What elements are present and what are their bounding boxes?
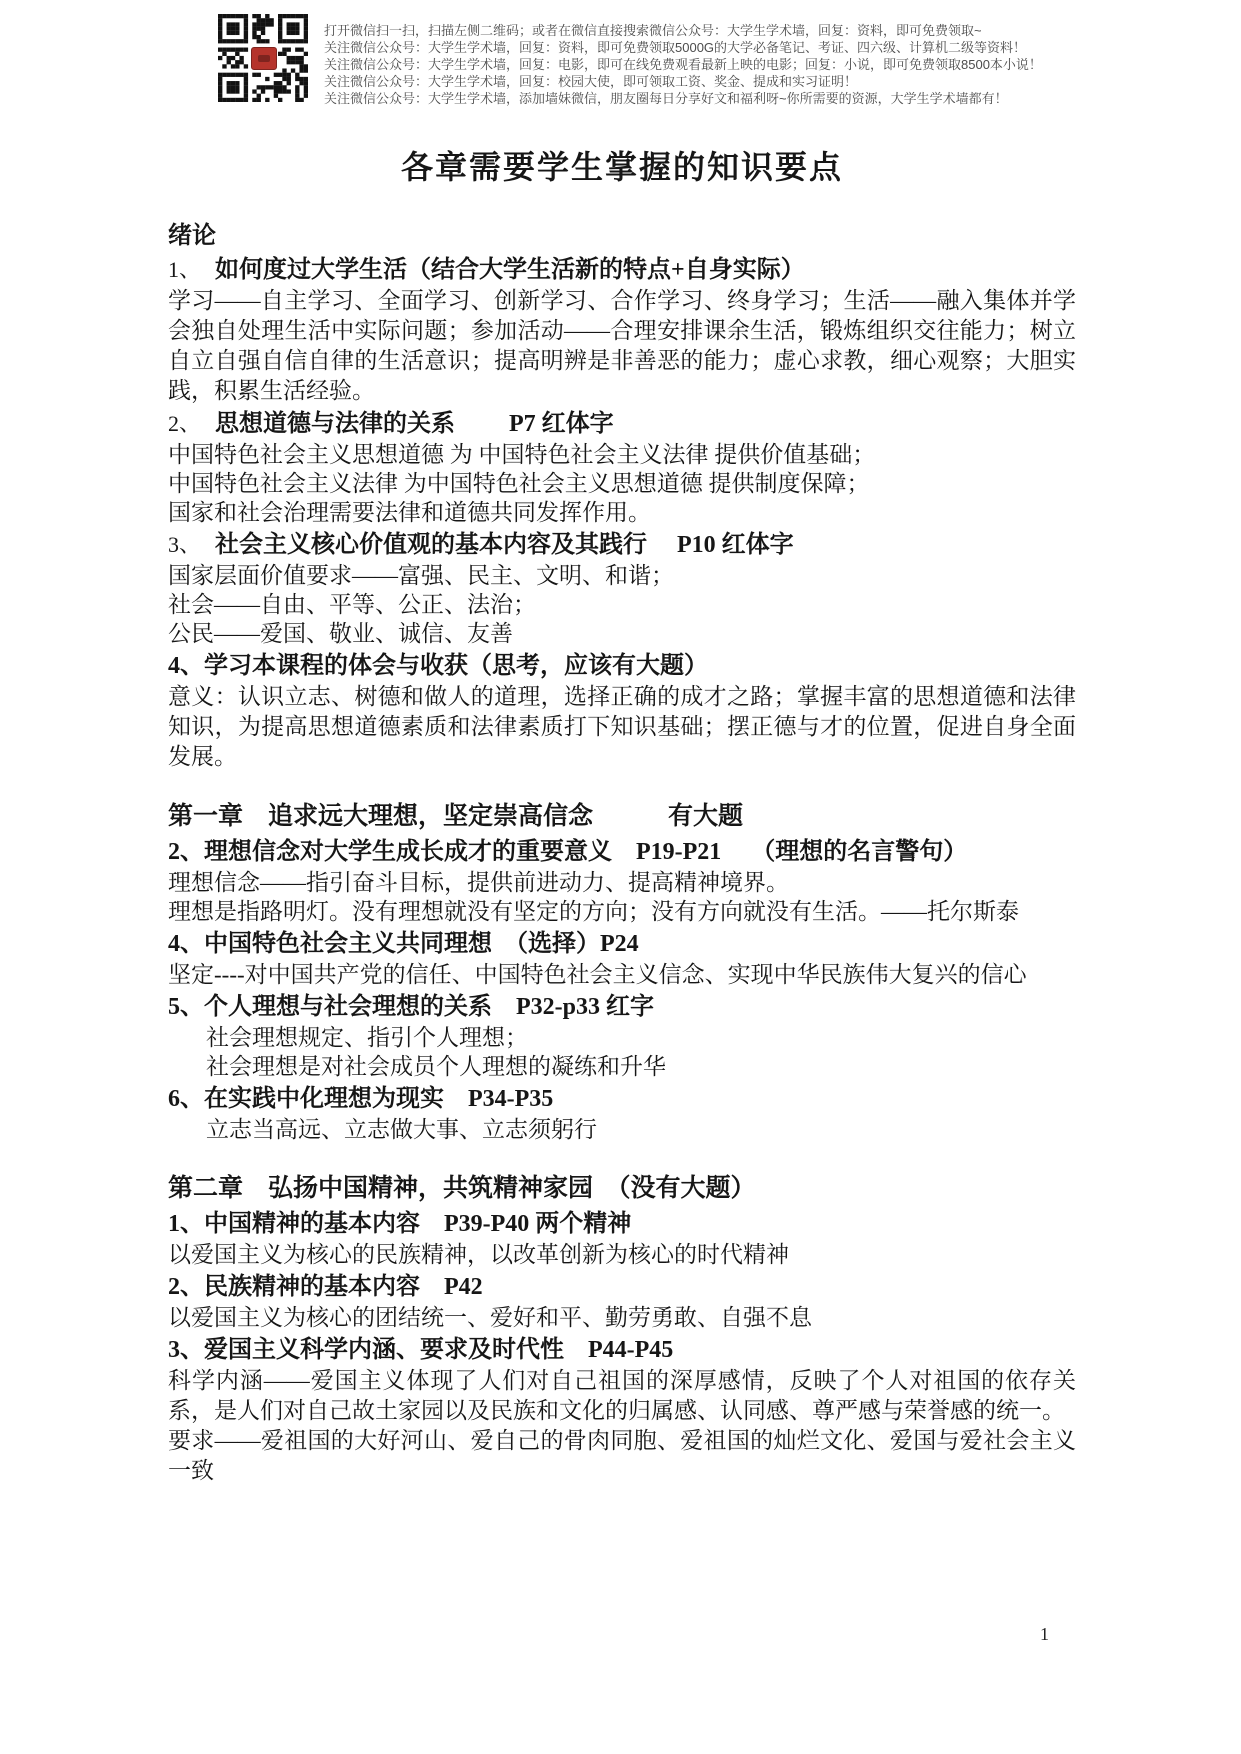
body-paragraph: 学习——自主学习、全面学习、创新学习、合作学习、终身学习；生活——融入集体并学会…: [168, 286, 1076, 406]
body-line: 公民——爱国、敬业、诚信、友善: [168, 619, 1076, 648]
body-line: 以爱国主义为核心的民族精神，以改革创新为核心的时代精神: [168, 1240, 1076, 1269]
spacer: [168, 1144, 1076, 1170]
numbered-heading: 3、社会主义核心价值观的基本内容及其践行 P10 红体字: [168, 529, 1076, 561]
body-paragraph: 要求——爱祖国的大好河山、爱自己的骨肉同胞、爱祖国的灿烂文化、爱国与爱社会主义一…: [168, 1426, 1076, 1486]
numbered-heading: 4、中国特色社会主义共同理想 （选择）P24: [168, 928, 1076, 960]
chapter-heading: 第一章 追求远大理想，坚定崇高信念 有大题: [168, 800, 1076, 834]
body-line: 中国特色社会主义法律 为中国特色社会主义思想道德 提供制度保障；: [168, 469, 1076, 498]
heading-number: 3、: [168, 532, 215, 557]
numbered-heading: 1、如何度过大学生活（结合大学生活新的特点+自身实际）: [168, 254, 1076, 286]
section-heading: 绪论: [168, 220, 1076, 252]
numbered-heading: 1、中国精神的基本内容 P39-P40 两个精神: [168, 1208, 1076, 1240]
body-line-indented: 立志当高远、立志做大事、立志须躬行: [168, 1115, 1076, 1144]
heading-number: 1、: [168, 257, 215, 282]
body-line: 国家层面价值要求——富强、民主、文明、和谐；: [168, 561, 1076, 590]
body-line: 理想是指路明灯。没有理想就没有坚定的方向；没有方向就没有生活。——托尔斯泰: [168, 897, 1076, 926]
numbered-heading: 2、理想信念对大学生成长成才的重要意义 P19-P21 （理想的名言警句）: [168, 836, 1076, 868]
heading-text: 如何度过大学生活（结合大学生活新的特点+自身实际）: [215, 257, 805, 283]
heading-number: 2、: [168, 411, 215, 436]
body-line-indented: 社会理想规定、指引个人理想；: [168, 1023, 1076, 1052]
chapter-heading: 第二章 弘扬中国精神，共筑精神家园 （没有大题）: [168, 1172, 1076, 1206]
body-line: 国家和社会治理需要法律和道德共同发挥作用。: [168, 498, 1076, 527]
page-number: 1: [1040, 1624, 1049, 1645]
body-line: 理想信念——指引奋斗目标，提供前进动力、提高精神境界。: [168, 868, 1076, 897]
document-body: 绪论1、如何度过大学生活（结合大学生活新的特点+自身实际）学习——自主学习、全面…: [168, 220, 1076, 1486]
body-line-indented: 社会理想是对社会成员个人理想的凝练和升华: [168, 1052, 1076, 1081]
body-line: 社会——自由、平等、公正、法治；: [168, 590, 1076, 619]
numbered-heading: 5、个人理想与社会理想的关系 P32-p33 红字: [168, 991, 1076, 1023]
spacer: [168, 772, 1076, 798]
numbered-heading: 3、爱国主义科学内涵、要求及时代性 P44-P45: [168, 1334, 1076, 1366]
numbered-heading: 6、在实践中化理想为现实 P34-P35: [168, 1083, 1076, 1115]
numbered-heading: 2、思想道德与法律的关系 P7 红体字: [168, 408, 1076, 440]
document-content: 各章需要学生掌握的知识要点 绪论1、如何度过大学生活（结合大学生活新的特点+自身…: [168, 0, 1076, 1486]
heading-text: 思想道德与法律的关系 P7 红体字: [215, 411, 614, 437]
document-title: 各章需要学生掌握的知识要点: [168, 142, 1076, 188]
body-line: 以爱国主义为核心的团结统一、爱好和平、勤劳勇敢、自强不息: [168, 1303, 1076, 1332]
document-page: 打开微信扫一扫，扫描左侧二维码；或者在微信直接搜索微信公众号：大学生学术墙，回复…: [0, 0, 1241, 1754]
body-paragraph: 意义：认识立志、树德和做人的道理，选择正确的成才之路；掌握丰富的思想道德和法律知…: [168, 682, 1076, 772]
numbered-heading: 4、学习本课程的体会与收获（思考，应该有大题）: [168, 650, 1076, 682]
body-line: 中国特色社会主义思想道德 为 中国特色社会主义法律 提供价值基础；: [168, 440, 1076, 469]
body-line: 坚定----对中国共产党的信任、中国特色社会主义信念、实现中华民族伟大复兴的信心: [168, 960, 1076, 989]
numbered-heading: 2、民族精神的基本内容 P42: [168, 1271, 1076, 1303]
heading-text: 社会主义核心价值观的基本内容及其践行 P10 红体字: [215, 532, 794, 558]
body-paragraph: 科学内涵——爱国主义体现了人们对自己祖国的深厚感情，反映了个人对祖国的依存关系，…: [168, 1366, 1076, 1426]
